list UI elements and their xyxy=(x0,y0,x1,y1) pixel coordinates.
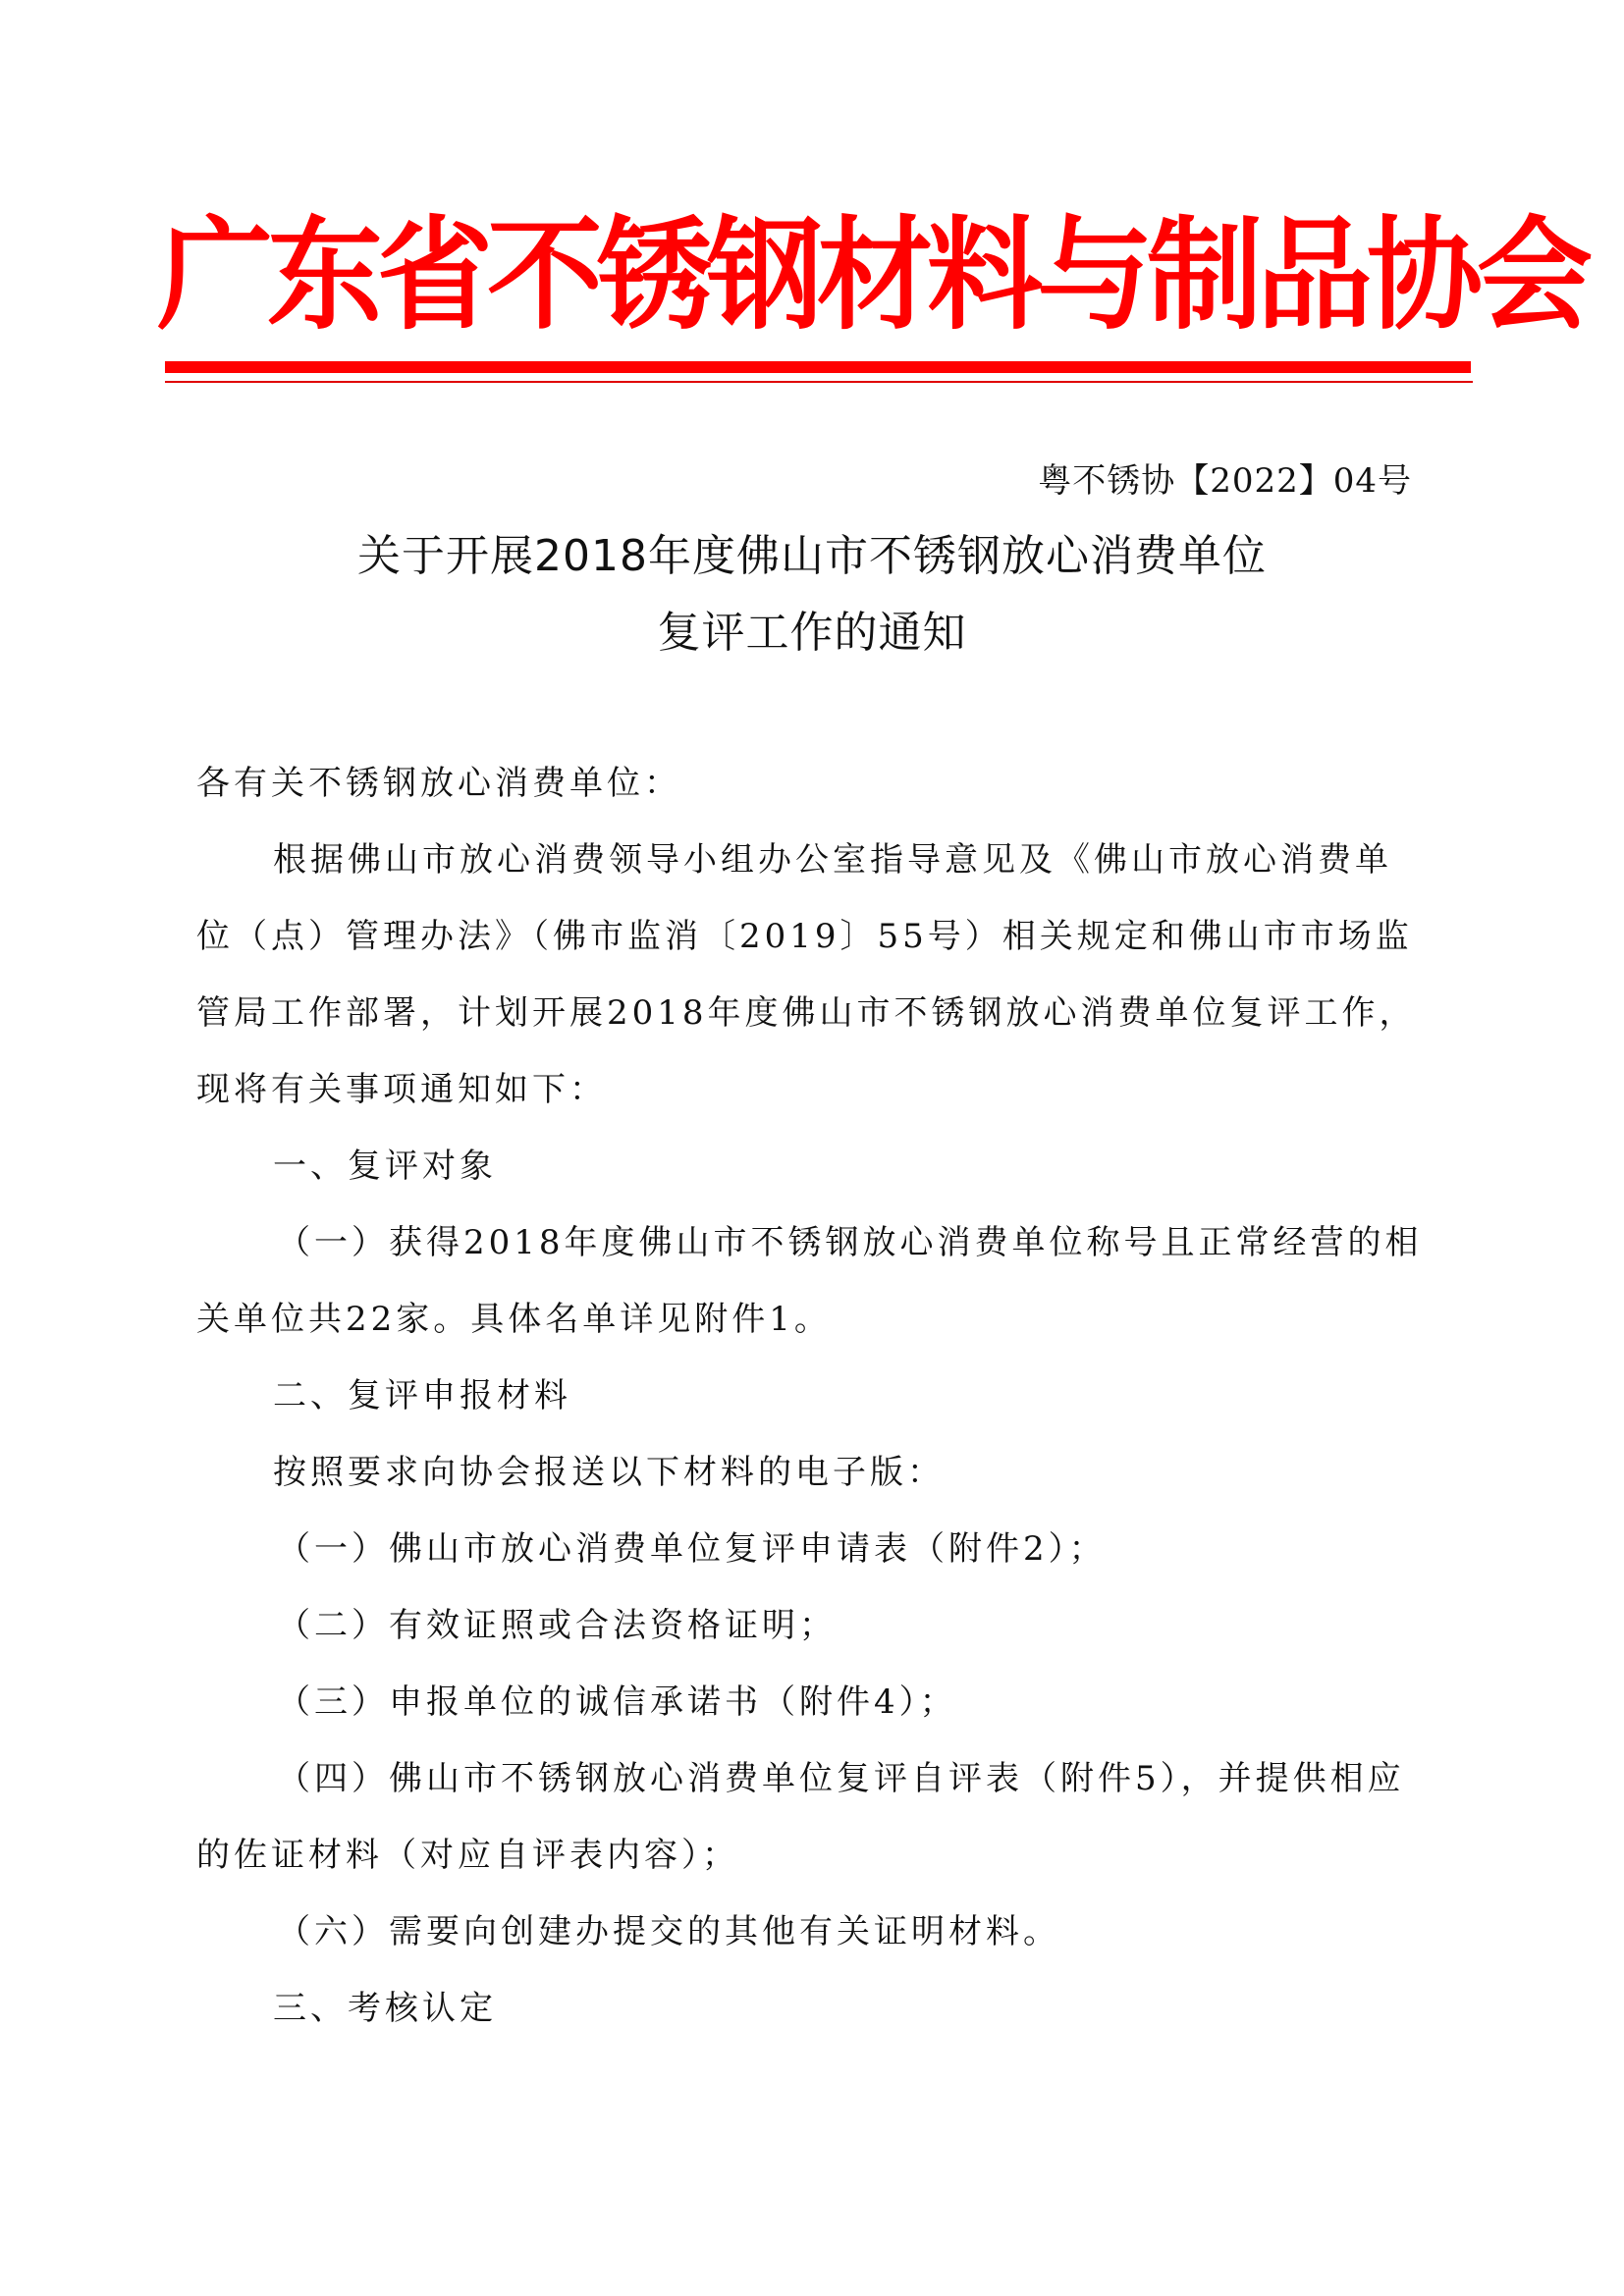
section-3-heading: 三、考核认定 xyxy=(273,1987,1520,2030)
salutation: 各有关不锈钢放心消费单位： xyxy=(196,762,1443,805)
intro-paragraph-line: 现将有关事项通知如下： xyxy=(196,1068,1443,1111)
intro-paragraph-line: 管局工作部署，计划开展2018年度佛山市不锈钢放心消费单位复评工作， xyxy=(196,991,1443,1035)
letterhead-thick-rule xyxy=(165,361,1471,373)
section-1-item-line: （一）获得2018年度佛山市不锈钢放心消费单位称号且正常经营的相 xyxy=(277,1221,1524,1264)
section-2-item: （三）申报单位的诚信承诺书（附件4）； xyxy=(277,1681,1524,1724)
document-number: 粤不锈协【2022】04号 xyxy=(1038,454,1412,502)
document-title-line-2: 复评工作的通知 xyxy=(0,597,1624,660)
section-2-item: （四）佛山市不锈钢放心消费单位复评自评表（附件5），并提供相应 xyxy=(277,1757,1524,1800)
intro-paragraph-line: 根据佛山市放心消费领导小组办公室指导意见及《佛山市放心消费单 xyxy=(273,838,1520,881)
intro-paragraph-line: 位（点）管理办法》（佛市监消〔2019〕55号）相关规定和佛山市市场监 xyxy=(196,915,1443,958)
section-1-item-line: 关单位共22家。具体名单详见附件1。 xyxy=(196,1298,1443,1341)
section-2-heading: 二、复评申报材料 xyxy=(273,1374,1520,1417)
document-title-line-1: 关于开展2018年度佛山市不锈钢放心消费单位 xyxy=(0,520,1624,583)
section-2-item: （一）佛山市放心消费单位复评申请表（附件2）； xyxy=(277,1527,1524,1571)
section-2-lead: 按照要求向协会报送以下材料的电子版： xyxy=(273,1451,1520,1494)
document-page: 广东省不锈钢材料与制品协会 粤不锈协【2022】04号 关于开展2018年度佛山… xyxy=(0,0,1624,2296)
letterhead-thin-rule xyxy=(165,381,1473,383)
section-2-item: （二）有效证照或合法资格证明； xyxy=(277,1604,1524,1647)
section-2-item-continuation: 的佐证材料（对应自评表内容）； xyxy=(196,1834,1443,1877)
letterhead-organization-name: 广东省不锈钢材料与制品协会 xyxy=(157,197,1473,352)
section-2-item: （六）需要向创建办提交的其他有关证明材料。 xyxy=(277,1910,1524,1953)
section-1-heading: 一、复评对象 xyxy=(273,1145,1520,1188)
